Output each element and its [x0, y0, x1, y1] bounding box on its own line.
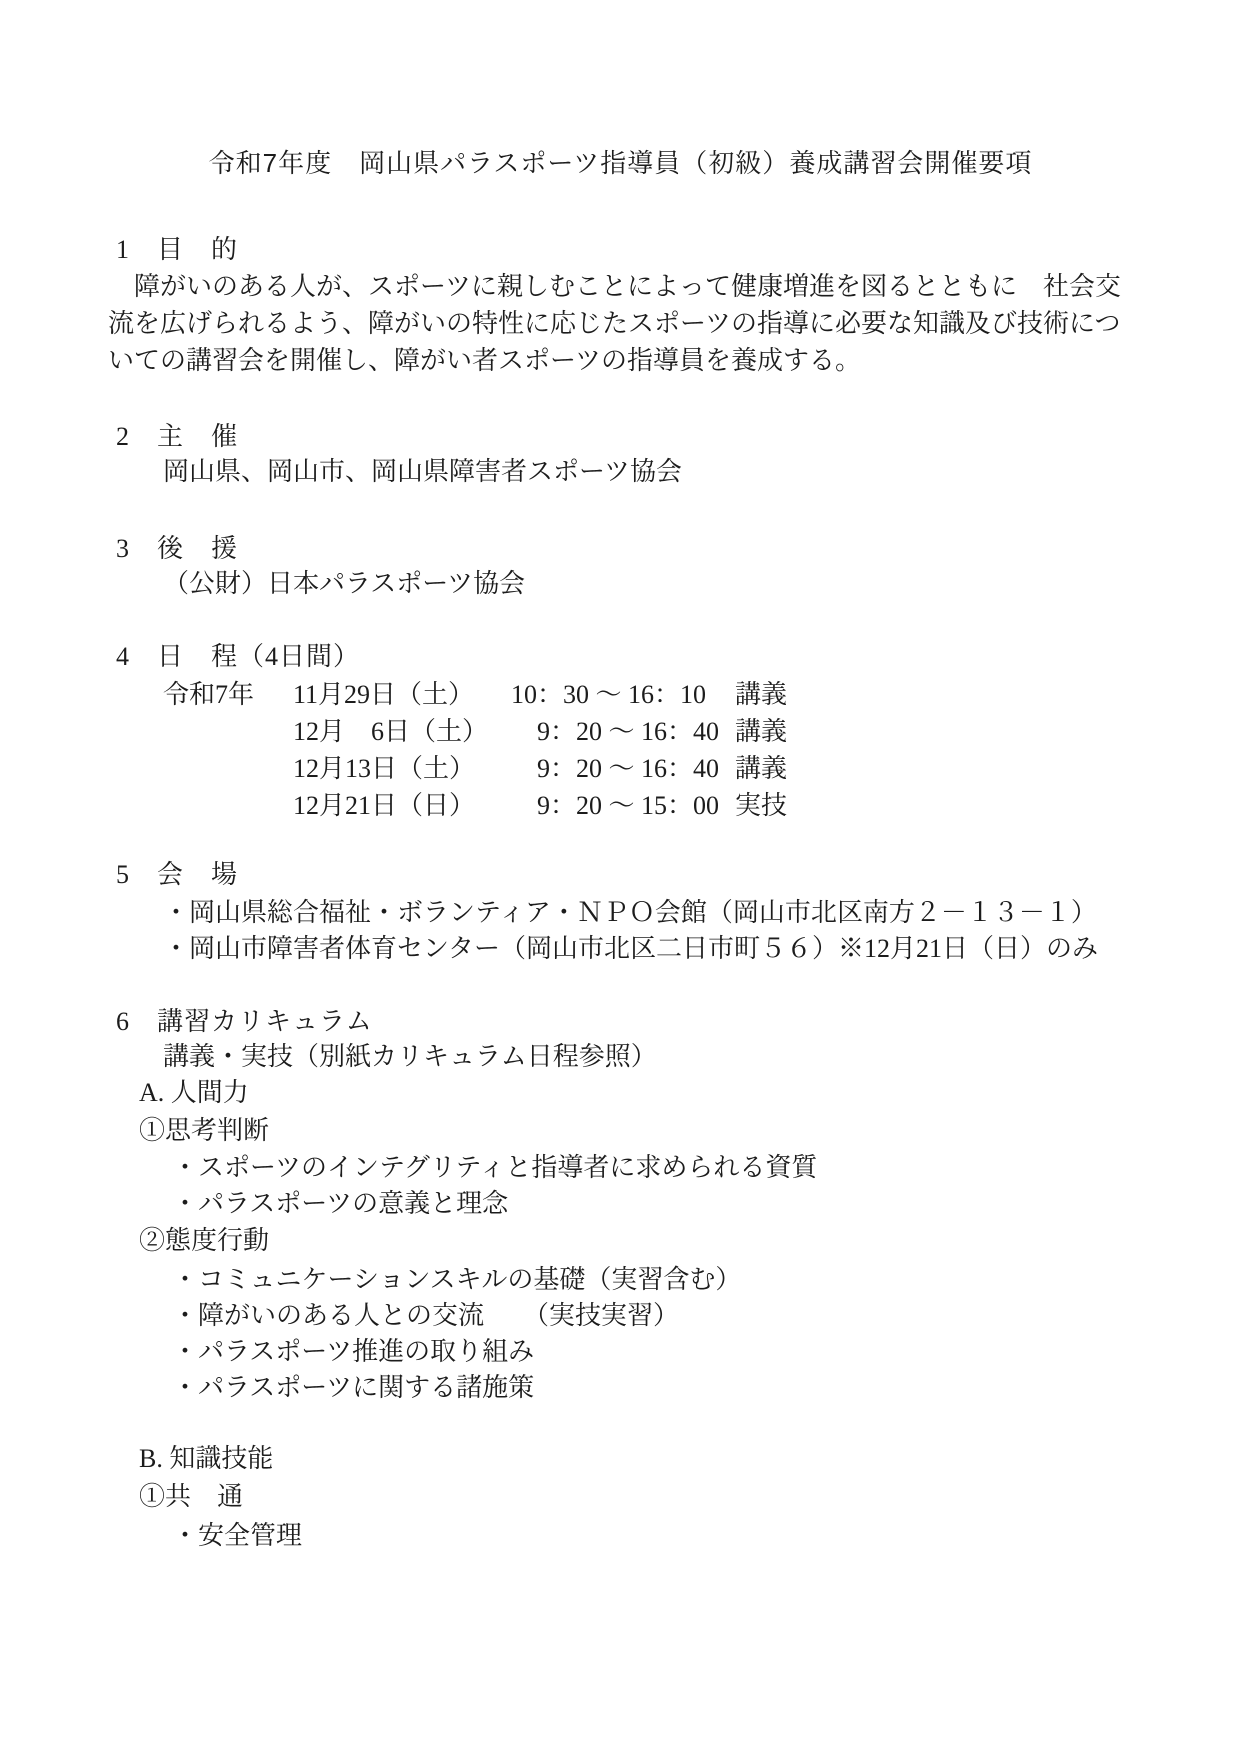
- section-purpose-paragraph: 障がいのある人が、スポーツに親しむことによって健康増進を図るとともに 社会交流を…: [108, 268, 1138, 379]
- curriculum-group-a-label: A. 人間力: [139, 1076, 249, 1110]
- curriculum-subgroup-b1-label: ①共 通: [139, 1480, 243, 1514]
- paragraph-line: いての講習会を開催し、障がい者スポーツの指導員を養成する。: [108, 342, 1138, 379]
- curriculum-item: ・安全管理: [172, 1518, 302, 1554]
- schedule-era-label: [163, 787, 293, 824]
- venue-item: ・岡山市障害者体育センター（岡山市北区二日市町５６）※12月21日（日）のみ: [163, 931, 1098, 967]
- schedule-era-label: [163, 713, 293, 750]
- schedule-era-label: [163, 750, 293, 787]
- paragraph-line: 流を広げられるよう、障がいの特性に応じたスポーツの指導に必要な知識及び技術につ: [108, 305, 1138, 342]
- section-curriculum-heading: 6 講習カリキュラム: [116, 1005, 373, 1039]
- document-title: 令和7年度 岡山県パラスポーツ指導員（初級）養成講習会開催要項: [0, 147, 1241, 181]
- curriculum-group-b-label: B. 知識技能: [139, 1442, 273, 1476]
- curriculum-subgroup-a1-items: ・スポーツのインテグリティと指導者に求められる資質・パラスポーツの意義と理念: [172, 1150, 817, 1222]
- section-organizer-body: 岡山県、岡山市、岡山県障害者スポーツ協会: [163, 455, 682, 489]
- section-support-body: （公財）日本パラスポーツ協会: [163, 567, 525, 601]
- curriculum-subgroup-b1-items: ・安全管理: [172, 1518, 302, 1554]
- schedule-date: 12月21日（日）: [293, 787, 511, 824]
- schedule-date: 12月13日（土）: [293, 750, 511, 787]
- document-page: 令和7年度 岡山県パラスポーツ指導員（初級）養成講習会開催要項 1 目 的 障が…: [0, 0, 1241, 1755]
- curriculum-subgroup-a2-label: ②態度行動: [139, 1224, 269, 1258]
- schedule-session-type: 講義: [735, 750, 787, 787]
- section-venue-heading: 5 会 場: [116, 858, 238, 892]
- schedule-era-label: 令和7年: [163, 676, 293, 713]
- curriculum-item: ・パラスポーツ推進の取り組み: [172, 1334, 741, 1370]
- schedule-date: 12月 6日（土）: [293, 713, 511, 750]
- schedule-row: 令和7年 11月29日（土） 10：30 ～ 16：10 講義: [163, 676, 787, 713]
- schedule-time-range: 10：30 ～ 16：10: [511, 676, 735, 713]
- curriculum-item: ・パラスポーツに関する諸施策: [172, 1370, 741, 1406]
- curriculum-intro: 講義・実技（別紙カリキュラム日程参照）: [163, 1040, 657, 1074]
- curriculum-subgroup-a1-label: ①思考判断: [139, 1114, 269, 1148]
- section-support-heading: 3 後 援: [116, 532, 238, 566]
- venue-list: ・岡山県総合福祉・ボランティア・ＮＰＯ会館（岡山市北区南方２－１３－１）・岡山市…: [163, 895, 1098, 967]
- curriculum-item: ・コミュニケーションスキルの基礎（実習含む）: [172, 1262, 741, 1298]
- schedule-time-range: 9：20 ～ 16：40: [511, 750, 735, 787]
- schedule-row: 12月21日（日） 9：20 ～ 15：00 実技: [163, 787, 787, 824]
- schedule-time-range: 9：20 ～ 16：40: [511, 713, 735, 750]
- schedule-row: 12月13日（土） 9：20 ～ 16：40 講義: [163, 750, 787, 787]
- paragraph-line: 障がいのある人が、スポーツに親しむことによって健康増進を図るとともに 社会交: [108, 268, 1138, 305]
- schedule-session-type: 講義: [735, 713, 787, 750]
- section-organizer-heading: 2 主 催: [116, 420, 238, 454]
- venue-item: ・岡山県総合福祉・ボランティア・ＮＰＯ会館（岡山市北区南方２－１３－１）: [163, 895, 1098, 931]
- document-title-text: 令和7年度 岡山県パラスポーツ指導員（初級）養成講習会開催要項: [209, 148, 1033, 178]
- curriculum-subgroup-a2-items: ・コミュニケーションスキルの基礎（実習含む）・障がいのある人との交流 （実技実習…: [172, 1262, 741, 1406]
- schedule-date: 11月29日（土）: [293, 676, 511, 713]
- schedule-time-range: 9：20 ～ 15：00: [511, 787, 735, 824]
- schedule-row: 12月 6日（土） 9：20 ～ 16：40 講義: [163, 713, 787, 750]
- curriculum-item: ・障がいのある人との交流 （実技実習）: [172, 1298, 741, 1334]
- schedule-table: 令和7年 11月29日（土） 10：30 ～ 16：10 講義 12月 6日（土…: [163, 676, 787, 824]
- schedule-session-type: 実技: [735, 787, 787, 824]
- curriculum-item: ・スポーツのインテグリティと指導者に求められる資質: [172, 1150, 817, 1186]
- curriculum-item: ・パラスポーツの意義と理念: [172, 1186, 817, 1222]
- section-purpose-heading: 1 目 的: [116, 233, 238, 267]
- section-schedule-heading: 4 日 程（4日間）: [116, 640, 360, 674]
- schedule-session-type: 講義: [735, 676, 787, 713]
